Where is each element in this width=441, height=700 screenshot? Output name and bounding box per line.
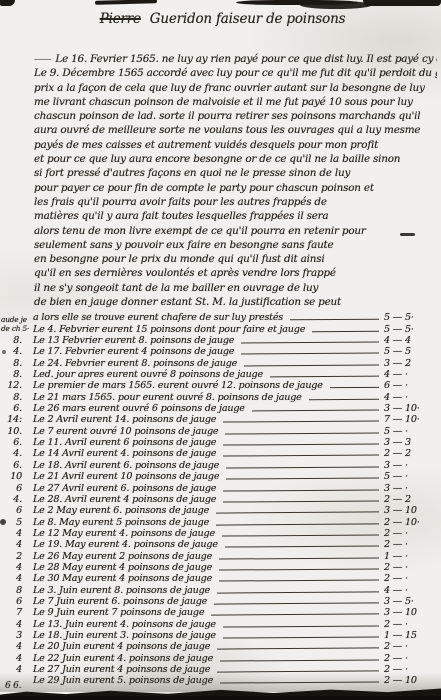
paragraph-line: en besongne pour le prix du monde qui qu… — [34, 252, 437, 266]
row-leader-line — [223, 455, 379, 457]
paragraph-line: seulement sans y pouvoir eux faire en be… — [34, 238, 437, 252]
row-entry-text: Le 27 Avril eurent 6. poinsons de jauge — [33, 483, 216, 494]
row-entry-text: Le 28 May eurent 4 poinsons de jauge — [33, 562, 212, 573]
ledger-row: 6Le 7 Juin eurent 6. poinsons de jauge3 … — [0, 596, 441, 607]
row-leader-line — [270, 376, 379, 378]
ledger-row: 4Le 28 May eurent 4 poinsons de jauge2 —… — [0, 562, 441, 573]
row-leader-line — [219, 580, 379, 582]
bottom-scan-edge — [0, 696, 441, 700]
row-amount: 3 — 10· — [384, 403, 436, 414]
row-quantity: 4 — [0, 641, 24, 652]
row-leader-line — [223, 444, 379, 446]
row-entry-text: Le 21 mars 1565. pour eurent ouvré 8. po… — [33, 392, 302, 403]
row-entry-text: Le 13 Febvrier eurent 8. poinsons de jau… — [33, 335, 234, 346]
row-leader-line — [312, 330, 379, 331]
row-entry-text: Le 20 Juin eurent 4 poinsons de jauge — [33, 641, 210, 652]
paragraph-line: me livrant chascun poinson de malvoisie … — [34, 95, 437, 109]
row-quantity: 8. — [0, 392, 24, 403]
row-entry-text: Le 14 Avril eurent 4. poinsons de jauge — [33, 448, 216, 459]
ink-mark-left-margin — [0, 519, 6, 525]
row-leader-line — [220, 659, 379, 661]
row-amount: 6 — · — [384, 380, 436, 391]
row-quantity: 8. — [0, 369, 24, 380]
paragraph-line: pour payer ce pour fin de compte le part… — [34, 181, 437, 195]
row-quantity: 7 — [0, 607, 24, 618]
row-leader-line — [217, 648, 379, 650]
row-entry-text: Le 2 May eurent 6. poinsons de jauge — [33, 505, 209, 516]
title-struck-word: Pierre — [100, 11, 141, 27]
row-amount: 4 — · — [384, 585, 436, 596]
ink-smudge-top-c — [300, 1, 372, 9]
row-leader-line — [225, 546, 379, 548]
row-leader-line — [223, 500, 379, 502]
row-entry-text: Le 22 Juin eurent 4. poinsons de jauge — [33, 653, 213, 664]
row-amount: 3 — 3 — [384, 437, 436, 448]
row-quantity: 4 — [0, 528, 24, 539]
row-amount: 3 — · — [384, 483, 436, 494]
ledger-row: 8.Le 21 mars 1565. pour eurent ouvré 8. … — [0, 391, 441, 402]
row-quantity: 4. — [0, 494, 24, 505]
ledger-row: 2Le 26 May eurent 2 poinsons de jauge1 —… — [0, 550, 441, 561]
ink-mark-right-margin — [400, 233, 415, 236]
paragraph-line: ⸺Le 16. Fevrier 1565. ne luy ay rien pay… — [34, 52, 437, 66]
row-leader-line — [223, 421, 379, 423]
ledger-row: 4Le 19. May eurent 4. poinsons de jauge2… — [0, 539, 441, 550]
paragraph-line-text: seulement sans y pouvoir eux faire en be… — [34, 238, 333, 252]
ledger-row: 4.Le 14 Avril eurent 4. poinsons de jaug… — [0, 448, 441, 459]
ledger-row: 4Le 13. Juin eurent 4. poinsons de jauge… — [0, 618, 441, 629]
paragraph-line: il ne s'y songeoit tant de la me bailler… — [34, 281, 437, 295]
row-quantity: 6. — [0, 403, 24, 414]
row-leader-line — [211, 614, 379, 616]
row-entry-text: Le 9 Juin eurent 7 poinsons de jauge — [33, 607, 204, 618]
manuscript-page: Pierre Gueridon faiseur de poinsons ⸺Le … — [0, 0, 441, 700]
row-leader-line — [223, 636, 379, 638]
row-quantity: 3 — [0, 630, 24, 641]
row-entry-text: Le 24. Febvrier eurent 8. poinsons de ja… — [33, 358, 237, 369]
row-leader-line — [225, 432, 379, 434]
row-entry-text: Le 4. Febvrier eurent 15 poinsons dont p… — [33, 324, 305, 335]
ledger-row: 6Le 2 May eurent 6. poinsons de jauge3 —… — [0, 505, 441, 516]
paragraph-line: et pour ce que luy aura encore besongne … — [34, 152, 437, 166]
row-amount: 5 — 5· — [384, 312, 436, 323]
paragraph-line-text: en besongne pour le prix du monde qui qu… — [34, 252, 325, 266]
row-quantity: 10. — [0, 426, 24, 437]
paragraph-line-text: il ne s'y songeoit tant de la me bailler… — [34, 281, 318, 295]
paragraph-line: si fort pressé d'autres façons en quoi n… — [34, 166, 437, 180]
row-leader-line — [244, 364, 379, 366]
row-entry-text: Le 30 May eurent 4 poinsons de jauge — [33, 573, 212, 584]
row-quantity: 12. — [0, 380, 24, 391]
row-leader-line — [226, 478, 379, 480]
row-amount: 2 — 2 — [384, 494, 436, 505]
row-leader-line — [223, 625, 379, 627]
ledger-row: 8.Led. jour apres eurent ouvré 8 poinson… — [0, 369, 441, 380]
row-quantity: 6. — [0, 460, 24, 471]
paragraph-line-text: alors tenu de mon livre exempt de ce qu'… — [34, 224, 366, 238]
bottom-scan-smear — [0, 672, 441, 692]
ledger-row: Le 4. Febvrier eurent 15 poinsons dont p… — [0, 323, 441, 334]
ledger-row: 3Le 18. Juin eurent 3. poinsons de jauge… — [0, 630, 441, 641]
row-leader-line — [216, 512, 379, 514]
row-amount: 2 — · — [384, 619, 436, 630]
ink-smudge-top-left — [0, 0, 15, 6]
ledger-row: 7Le 9 Juin eurent 7 poinsons de jauge3 —… — [0, 607, 441, 618]
row-amount: 2 — 10· — [384, 517, 436, 528]
row-leader-line — [214, 602, 379, 604]
row-quantity: 4 — [0, 619, 24, 630]
row-entry-text: Le 21 Avril eurent 10 poinsons de jauge — [33, 471, 219, 482]
row-amount: 5 — · — [384, 471, 436, 482]
ledger-row: 4Le 22 Juin eurent 4. poinsons de jauge2… — [0, 652, 441, 663]
row-amount: 4 — · — [384, 392, 436, 403]
paragraph-line: aura ouvré de meilleure sorte ne voulans… — [34, 123, 437, 137]
row-entry-text: Le 8. May eurent 5 poinsons de jauge — [33, 517, 209, 528]
row-entry-text: Le 19. May eurent 4. poinsons de jauge — [33, 539, 218, 550]
paragraph-line-text: Le 16. Fevrier 1565. ne luy ay rien payé… — [55, 52, 437, 66]
row-amount: 7 — 10· — [384, 414, 436, 425]
paragraph-line: Le 9. Décembre 1565 accordé avec luy pou… — [34, 66, 437, 80]
row-quantity: 6 — [0, 596, 24, 607]
row-amount: 2 — 2 — [384, 448, 436, 459]
paragraph-line: payés de mes caisses et autrement vuidés… — [34, 138, 437, 152]
ink-dot-left-margin — [2, 350, 6, 354]
row-amount: 1 — 15 — [384, 630, 436, 641]
row-leader-line — [219, 557, 379, 559]
paragraph-line-text: matières qu'il y aura fait toutes lesque… — [34, 209, 328, 223]
paragraph-line-text: qu'il en ses dernières voulontés et aprè… — [34, 266, 336, 280]
row-leader-line — [309, 399, 379, 400]
row-quantity: 4 — [0, 653, 24, 664]
ink-smudge-top-a — [95, 0, 157, 5]
row-entry-text: Le 18. Avril eurent 6. poinsons de jauge — [33, 460, 219, 471]
row-entry-text: Le 7 Juin eurent 6. poinsons de jauge — [33, 596, 207, 607]
row-quantity: 14: — [0, 414, 24, 425]
ledger-row: 6Le 27 Avril eurent 6. poinsons de jauge… — [0, 482, 441, 493]
row-quantity: 6. — [0, 437, 24, 448]
paragraph-line: prix a la façon de cela que luy de franc… — [34, 81, 437, 95]
row-entry-text: Le 11. Avril eurent 6 poinsons de jauge — [33, 437, 216, 448]
paragraph: ⸺Le 16. Fevrier 1565. ne luy ay rien pay… — [34, 52, 437, 309]
row-leader-line — [216, 523, 379, 525]
ledger-row: 5Le 8. May eurent 5 poinsons de jauge2 —… — [0, 516, 441, 527]
row-amount: 3 — 5· — [384, 596, 436, 607]
page-title: Pierre Gueridon faiseur de poinsons — [85, 11, 360, 27]
ledger-row: 10Le 21 Avril eurent 10 poinsons de jaug… — [0, 471, 441, 482]
row-entry-text: Le 26 mars eurent ouvré 6 poinsons de ja… — [33, 403, 245, 414]
paragraph-line-text: me livrant chascun poinson de malvoisie … — [34, 95, 413, 109]
row-entry-text: Led. jour apres eurent ouvré 8 poinsons … — [33, 369, 263, 380]
paragraph-line-text: Le 9. Décembre 1565 accordé avec luy pou… — [34, 66, 437, 80]
row-quantity: 4 — [0, 562, 24, 573]
paragraph-line-text: aura ouvré de meilleure sorte ne voulans… — [34, 123, 420, 137]
row-leader-line — [226, 466, 379, 468]
row-quantity: 10 — [0, 471, 24, 482]
paragraph-line-text: et pour ce que luy aura encore besongne … — [34, 152, 400, 166]
ledger-row: 4Le 20 Juin eurent 4 poinsons de jauge2 … — [0, 641, 441, 652]
row-quantity: 6 — [0, 505, 24, 516]
bottom-note: 6 6. — [5, 681, 21, 691]
paragraph-line-text: si fort pressé d'autres façons en quoi n… — [34, 166, 350, 180]
ledger-row: 4.Le 17. Febvrier eurent 4 poinsons de j… — [0, 346, 441, 357]
paragraph-line-text: les frais qu'il pourra avoir faits pour … — [34, 195, 327, 209]
ledger-row: 6.Le 11. Avril eurent 6 poinsons de jaug… — [0, 437, 441, 448]
row-entry-text: Le 3. Juin eurent 8. poinsons de jauge — [33, 585, 210, 596]
row-amount: 4 — · — [384, 369, 436, 380]
ledger-row: 6.Le 26 mars eurent ouvré 6 poinsons de … — [0, 403, 441, 414]
paragraph-line: les frais qu'il pourra avoir faits pour … — [34, 195, 437, 209]
row-leader-line — [290, 319, 379, 321]
row-leader-line — [223, 489, 379, 491]
title-text: Gueridon faiseur de poinsons — [150, 11, 346, 27]
row-entry-text: Le premier de mars 1565. eurent ouvré 12… — [33, 380, 323, 391]
row-amount: 1 — · — [384, 551, 436, 562]
row-amount: 3 — 10 — [384, 607, 436, 618]
row-amount: 3 — 10 — [384, 505, 436, 516]
ink-smudge-top-right — [363, 0, 441, 6]
row-entry-text: Le 17. Febvrier eurent 4 poinsons de jau… — [33, 346, 234, 357]
ledger-row: 14:Le 2 Avril eurent 14. poinsons de jau… — [0, 414, 441, 425]
paragraph-line: chascun poinson de lad. sorte il pourra … — [34, 109, 437, 123]
row-leader-line — [219, 568, 379, 570]
row-quantity: 6 — [0, 483, 24, 494]
ledger-row: 8Le 3. Juin eurent 8. poinsons de jauge4… — [0, 584, 441, 595]
ledger-row: 8.Le 24. Febvrier eurent 8. poinsons de … — [0, 357, 441, 368]
ledger-row: 8.Le 13 Febvrier eurent 8. poinsons de j… — [0, 335, 441, 346]
ledger-row: 4Le 30 May eurent 4 poinsons de jauge2 —… — [0, 573, 441, 584]
row-amount: 4 — 4 — [384, 335, 436, 346]
row-quantity: 2 — [0, 551, 24, 562]
row-leader-line — [217, 591, 379, 593]
row-amount: 2 — · — [384, 641, 436, 652]
row-amount: 2 — · — [384, 573, 436, 584]
paragraph-line: de bien en jauge donner estant St. M. la… — [34, 295, 437, 309]
row-quantity: 4 — [0, 539, 24, 550]
paragraph-line: qu'il en ses dernières voulontés et aprè… — [34, 266, 437, 280]
paragraph-line: alors tenu de mon livre exempt de ce qu'… — [34, 224, 437, 238]
opening-flourish: ⸺ — [34, 52, 51, 66]
row-entry-text: Le 2 Avril eurent 14. poinsons de jauge — [33, 414, 216, 425]
ledger: a lors elle se trouve eurent chafere de … — [0, 312, 441, 686]
row-amount: 3 — 2 — [384, 358, 436, 369]
ledger-row: 10.Le 7 eurent ouvré 10 poinsons de jaug… — [0, 425, 441, 436]
row-entry-text: Le 13. Juin eurent 4. poinsons de jauge — [33, 619, 216, 630]
row-leader-line — [241, 342, 379, 344]
row-quantity: 8. — [0, 358, 24, 369]
paragraph-line-text: de bien en jauge donner estant St. M. la… — [34, 295, 341, 309]
row-amount: 3 — · — [384, 460, 436, 471]
row-leader-line — [241, 353, 379, 355]
ledger-row: 12.Le premier de mars 1565. eurent ouvré… — [0, 380, 441, 391]
row-entry-text: Le 12 May eurent 4. poinsons de jauge — [33, 528, 215, 539]
row-entry-text: Le 26 May eurent 2 poinsons de jauge — [33, 551, 212, 562]
row-amount: 2 — · — [384, 562, 436, 573]
row-quantity: 4. — [0, 448, 24, 459]
ledger-row: 6.Le 18. Avril eurent 6. poinsons de jau… — [0, 459, 441, 470]
paragraph-line-text: chascun poinson de lad. sorte il pourra … — [34, 109, 420, 123]
paragraph-line-text: pour payer ce pour fin de compte le part… — [34, 181, 374, 195]
row-quantity: 4 — [0, 573, 24, 584]
row-amount: 2 — · — [384, 528, 436, 539]
ledger-row: 4Le 12 May eurent 4. poinsons de jauge2 … — [0, 528, 441, 539]
row-entry-text: Le 7 eurent ouvré 10 poinsons de jauge — [33, 426, 218, 437]
ledger-row: 4.Le 28. Avril eurent 4 poinsons de jaug… — [0, 494, 441, 505]
row-amount: 2 — · — [384, 539, 436, 550]
row-entry-text: Le 28. Avril eurent 4 poinsons de jauge — [33, 494, 216, 505]
row-quantity: 8. — [0, 335, 24, 346]
row-leader-line — [222, 534, 379, 536]
paragraph-line: matières qu'il y aura fait toutes lesque… — [34, 209, 437, 223]
paragraph-line-text: payés de mes caisses et autrement vuidés… — [34, 138, 378, 152]
ledger-row: a lors elle se trouve eurent chafere de … — [0, 312, 441, 323]
row-leader-line — [330, 387, 379, 388]
row-entry-text: a lors elle se trouve eurent chafere de … — [33, 312, 283, 323]
row-amount: 5 — 5· — [384, 324, 436, 335]
row-amount: 2 — · — [384, 653, 436, 664]
row-leader-line — [252, 410, 379, 412]
paragraph-line-text: prix a la façon de cela que luy de franc… — [34, 81, 425, 95]
row-entry-text: Le 18. Juin eurent 3. poinsons de jauge — [33, 630, 216, 641]
row-amount: 5 — 5 — [384, 346, 436, 357]
row-quantity: 8 — [0, 585, 24, 596]
row-amount: 5 — · — [384, 426, 436, 437]
